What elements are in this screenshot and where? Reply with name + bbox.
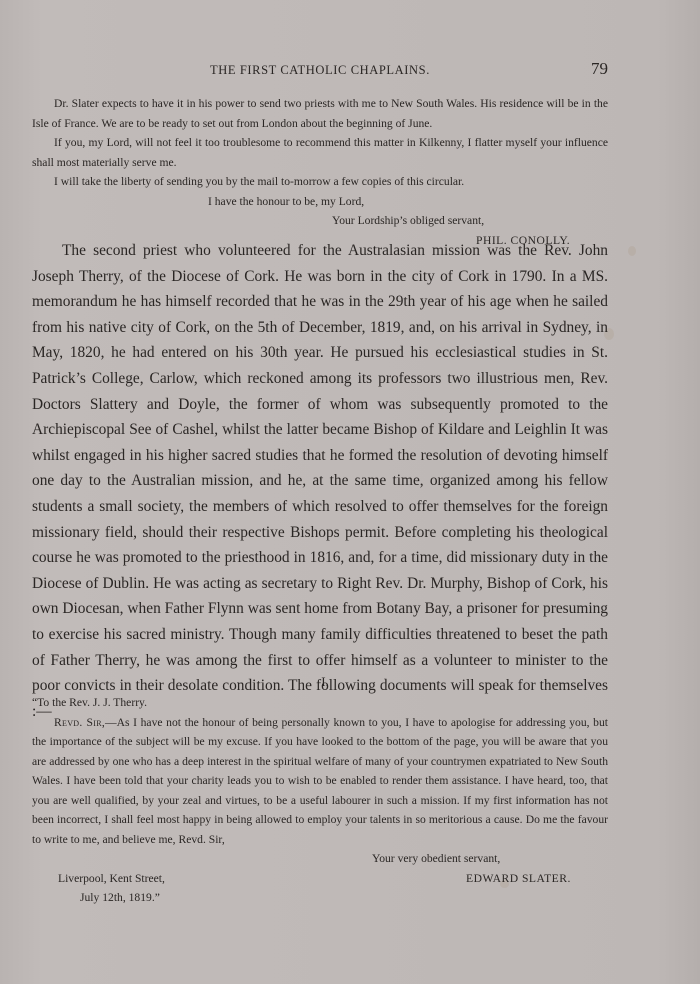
letter-servant-line: Your very obedient servant,	[32, 849, 608, 869]
running-title: THE FIRST CATHOLIC CHAPLAINS.	[210, 63, 430, 78]
letter-conolly: Dr. Slater expects to have it in his pow…	[32, 94, 608, 250]
letter-body-text: —As I have not the honour of being perso…	[32, 716, 608, 846]
letter-place: Liverpool, Kent Street,	[58, 869, 165, 889]
letter-slater: “To the Rev. J. J. Therry. Revd. Sir,—As…	[32, 693, 608, 908]
letter-date: July 12th, 1819.”	[32, 888, 608, 908]
letter-servant-line: Your Lordship’s obliged servant,	[32, 211, 608, 231]
body-paragraph: The second priest who volunteered for th…	[32, 238, 608, 724]
letter-paragraph: I will take the liberty of sending you b…	[32, 172, 608, 192]
letter-paragraph: If you, my Lord, will not feel it too tr…	[32, 133, 608, 172]
running-head: THE FIRST CATHOLIC CHAPLAINS. 79	[0, 61, 700, 81]
main-text: The second priest who volunteered for th…	[32, 238, 608, 724]
letter-signature: EDWARD SLATER.	[466, 869, 571, 889]
letter-address: “To the Rev. J. J. Therry.	[32, 693, 608, 713]
letter-closing-row: Liverpool, Kent Street, EDWARD SLATER.	[32, 869, 608, 889]
page-number: 79	[591, 59, 608, 79]
letter-salutation: Revd. Sir,	[54, 716, 105, 729]
letter-body: Revd. Sir,—As I have not the honour of b…	[32, 713, 608, 850]
paper-stain	[628, 246, 636, 256]
document-numeral: I.	[0, 674, 650, 690]
book-page: THE FIRST CATHOLIC CHAPLAINS. 79 Dr. Sla…	[0, 0, 700, 984]
letter-paragraph: Dr. Slater expects to have it in his pow…	[32, 94, 608, 133]
letter-closing: I have the honour to be, my Lord,	[32, 192, 608, 212]
